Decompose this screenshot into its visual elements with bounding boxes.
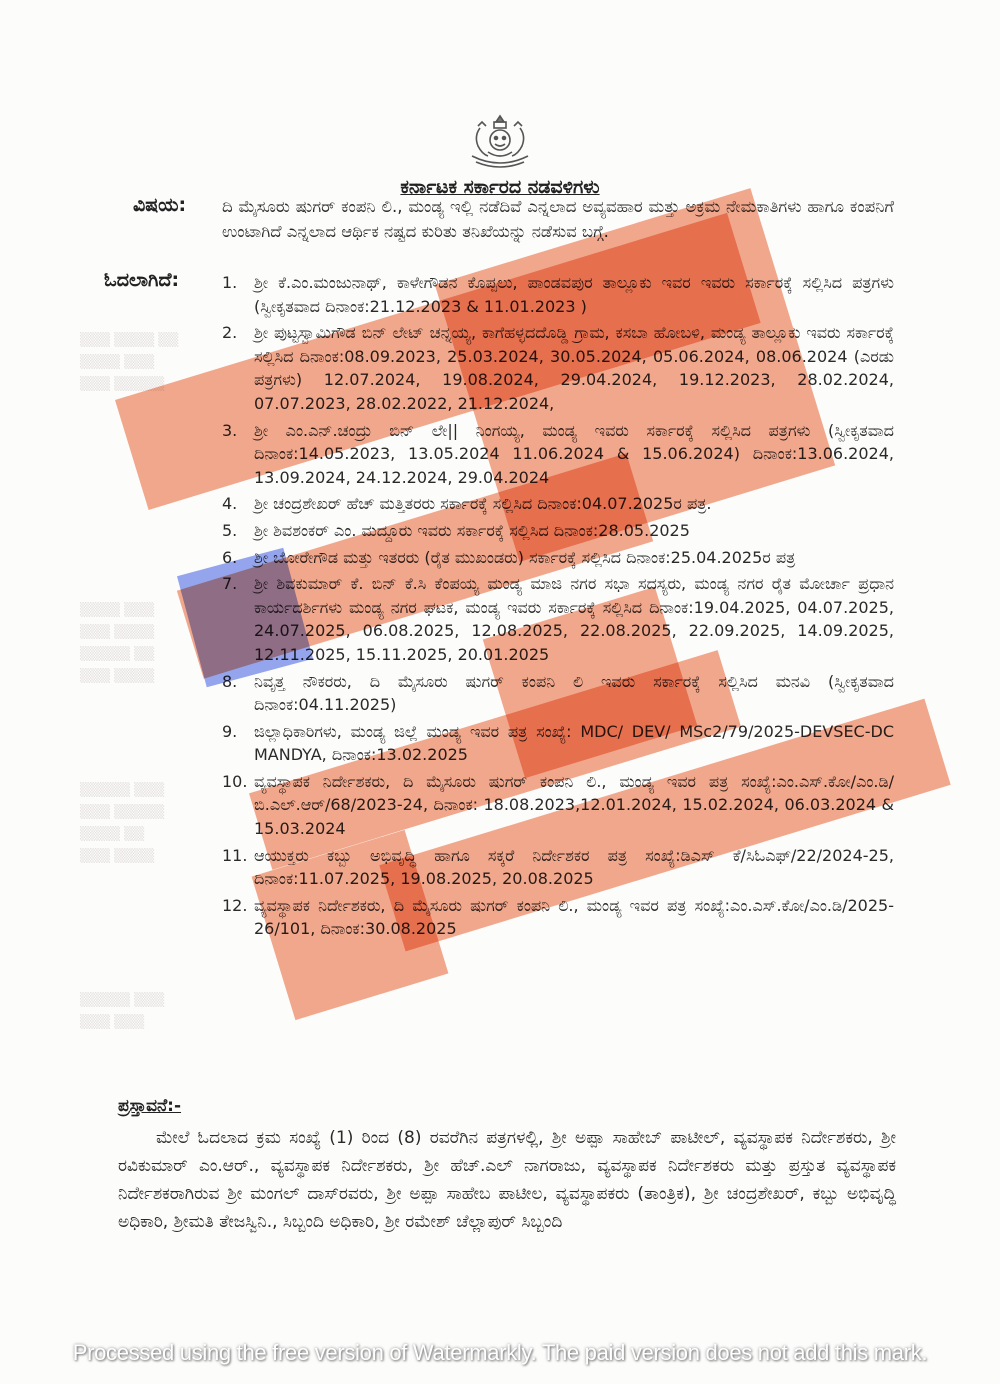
reference-text: ಶ್ರೀ ಶಿವಶಂಕರ್ ಎಂ. ಮದ್ದೂರು ಇವರು ಸರ್ಕಾರಕ್ಕ… xyxy=(254,519,894,543)
reference-item: 11.ಆಯುಕ್ತರು ಕಬ್ಬು ಅಭಿವೃದ್ಧಿ ಹಾಗೂ ಸಕ್ಕರೆ … xyxy=(222,844,894,891)
references-list: 1.ಶ್ರೀ ಕೆ.ಎಂ.ಮಂಜುನಾಥ್, ಕಾಳೇಗೌಡನ ಕೊಪ್ಪಲು,… xyxy=(222,271,894,944)
reference-item: 3.ಶ್ರೀ ಎಂ.ಎನ್.ಚಂದ್ರು ಬಿನ್ ಲೇ|| ನಿಂಗಯ್ಯ, … xyxy=(222,419,894,490)
watermark-text: Processed using the free version of Wate… xyxy=(0,1340,1000,1366)
reference-item: 4.ಶ್ರೀ ಚಂದ್ರಶೇಖರ್ ಹೆಚ್ ಮತ್ತಿತರರು ಸರ್ಕಾರಕ… xyxy=(222,492,894,516)
reference-item: 2.ಶ್ರೀ ಪುಟ್ಟಸ್ವಾಮಿಗೌಡ ಬಿನ್ ಲೇಟ್ ಚನ್ನಯ್ಯ,… xyxy=(222,321,894,415)
reference-text: ಆಯುಕ್ತರು ಕಬ್ಬು ಅಭಿವೃದ್ಧಿ ಹಾಗೂ ಸಕ್ಕರೆ ನಿರ… xyxy=(254,844,894,891)
bleed-through-text: ▒▒▒▒▒ ▒▒▒▒▒▒ ▒▒▒▒▒▒▒▒▒ ▒▒▒▒▒ ▒▒▒▒ xyxy=(80,780,220,868)
reference-number: 4. xyxy=(222,492,254,516)
references-label: ಓದಲಾಗಿದೆ: xyxy=(104,269,179,291)
reference-number: 8. xyxy=(222,670,254,717)
reference-text: ಜಿಲ್ಲಾಧಿಕಾರಿಗಳು, ಮಂಡ್ಯ ಜಿಲ್ಲೆ ಮಂಡ್ಯ ಇವರ … xyxy=(254,720,894,767)
bleed-through-text: ▒▒▒▒ ▒▒▒▒▒▒ ▒▒▒▒▒▒▒▒▒ ▒▒▒▒▒ ▒▒▒▒ xyxy=(80,600,220,688)
bleed-through-text: ▒▒▒ ▒▒▒▒ ▒▒▒▒▒▒ ▒▒▒▒▒▒ ▒▒▒▒▒ xyxy=(80,330,220,396)
reference-item: 8.ನಿವೃತ್ತ ನೌಕರರು, ದಿ ಮೈಸೂರು ಷುಗರ್ ಕಂಪನಿ … xyxy=(222,670,894,717)
reference-number: 12. xyxy=(222,894,254,941)
reference-text: ಶ್ರೀ ಶಿವಕುಮಾರ್ ಕೆ. ಬಿನ್ ಕೆ.ಸಿ ಕೆಂಪಯ್ಯ ಮಂ… xyxy=(254,572,894,666)
subject-label: ವಿಷಯ: xyxy=(133,194,186,216)
reference-item: 9.ಜಿಲ್ಲಾಧಿಕಾರಿಗಳು, ಮಂಡ್ಯ ಜಿಲ್ಲೆ ಮಂಡ್ಯ ಇವ… xyxy=(222,720,894,767)
reference-text: ಶ್ರೀ ಚಂದ್ರಶೇಖರ್ ಹೆಚ್ ಮತ್ತಿತರರು ಸರ್ಕಾರಕ್ಕ… xyxy=(254,492,894,516)
bleed-through-text: ▒▒▒▒▒ ▒▒▒▒▒▒ ▒▒▒ xyxy=(80,990,220,1034)
reference-item: 5.ಶ್ರೀ ಶಿವಶಂಕರ್ ಎಂ. ಮದ್ದೂರು ಇವರು ಸರ್ಕಾರಕ… xyxy=(222,519,894,543)
reference-text: ಶ್ರೀ ಕೆ.ಎಂ.ಮಂಜುನಾಥ್, ಕಾಳೇಗೌಡನ ಕೊಪ್ಪಲು, ಪ… xyxy=(254,271,894,318)
reference-number: 10. xyxy=(222,770,254,841)
reference-number: 6. xyxy=(222,546,254,570)
reference-item: 10.ವ್ಯವಸ್ಥಾಪಕ ನಿರ್ದೇಶಕರು, ದಿ ಮೈಸೂರು ಷುಗರ… xyxy=(222,770,894,841)
reference-item: 1.ಶ್ರೀ ಕೆ.ಎಂ.ಮಂಜುನಾಥ್, ಕಾಳೇಗೌಡನ ಕೊಪ್ಪಲು,… xyxy=(222,271,894,318)
reference-text: ವ್ಯವಸ್ಥಾಪಕ ನಿರ್ದೇಶಕರು, ದಿ ಮೈಸೂರು ಷುಗರ್ ಕ… xyxy=(254,894,894,941)
reference-text: ಶ್ರೀ ಪುಟ್ಟಸ್ವಾಮಿಗೌಡ ಬಿನ್ ಲೇಟ್ ಚನ್ನಯ್ಯ, ಕ… xyxy=(254,321,894,415)
preamble-heading: ಪ್ರಸ್ತಾವನೆ:- xyxy=(118,1096,181,1116)
reference-text: ಶ್ರೀ ಬೋರೇಗೌಡ ಮತ್ತು ಇತರರು (ರೈತ ಮುಖಂಡರು) ಸ… xyxy=(254,546,894,570)
subject-text: ದಿ ಮೈಸೂರು ಷುಗರ್ ಕಂಪನಿ ಲಿ., ಮಂಡ್ಯ ಇಲ್ಲಿ ನ… xyxy=(222,194,894,244)
reference-item: 6.ಶ್ರೀ ಬೋರೇಗೌಡ ಮತ್ತು ಇತರರು (ರೈತ ಮುಖಂಡರು)… xyxy=(222,546,894,570)
preamble-text: ಮೇಲೆ ಓದಲಾದ ಕ್ರಮ ಸಂಖ್ಯೆ (1) ರಿಂದ (8) ರವರೆ… xyxy=(118,1124,896,1236)
reference-item: 7.ಶ್ರೀ ಶಿವಕುಮಾರ್ ಕೆ. ಬಿನ್ ಕೆ.ಸಿ ಕೆಂಪಯ್ಯ … xyxy=(222,572,894,666)
reference-text: ವ್ಯವಸ್ಥಾಪಕ ನಿರ್ದೇಶಕರು, ದಿ ಮೈಸೂರು ಷುಗರ್ ಕ… xyxy=(254,770,894,841)
reference-number: 11. xyxy=(222,844,254,891)
document-page: ▒▒▒ ▒▒▒▒ ▒▒▒▒▒▒ ▒▒▒▒▒▒ ▒▒▒▒▒ ▒▒▒▒ ▒▒▒▒▒▒… xyxy=(0,0,1000,1384)
karnataka-emblem-icon xyxy=(458,112,542,176)
reference-text: ನಿವೃತ್ತ ನೌಕರರು, ದಿ ಮೈಸೂರು ಷುಗರ್ ಕಂಪನಿ ಲಿ… xyxy=(254,670,894,717)
reference-text: ಶ್ರೀ ಎಂ.ಎನ್.ಚಂದ್ರು ಬಿನ್ ಲೇ|| ನಿಂಗಯ್ಯ, ಮಂ… xyxy=(254,419,894,490)
reference-item: 12.ವ್ಯವಸ್ಥಾಪಕ ನಿರ್ದೇಶಕರು, ದಿ ಮೈಸೂರು ಷುಗರ… xyxy=(222,894,894,941)
reference-number: 7. xyxy=(222,572,254,666)
reference-number: 9. xyxy=(222,720,254,767)
reference-number: 2. xyxy=(222,321,254,415)
reference-number: 5. xyxy=(222,519,254,543)
reference-number: 1. xyxy=(222,271,254,318)
reference-number: 3. xyxy=(222,419,254,490)
